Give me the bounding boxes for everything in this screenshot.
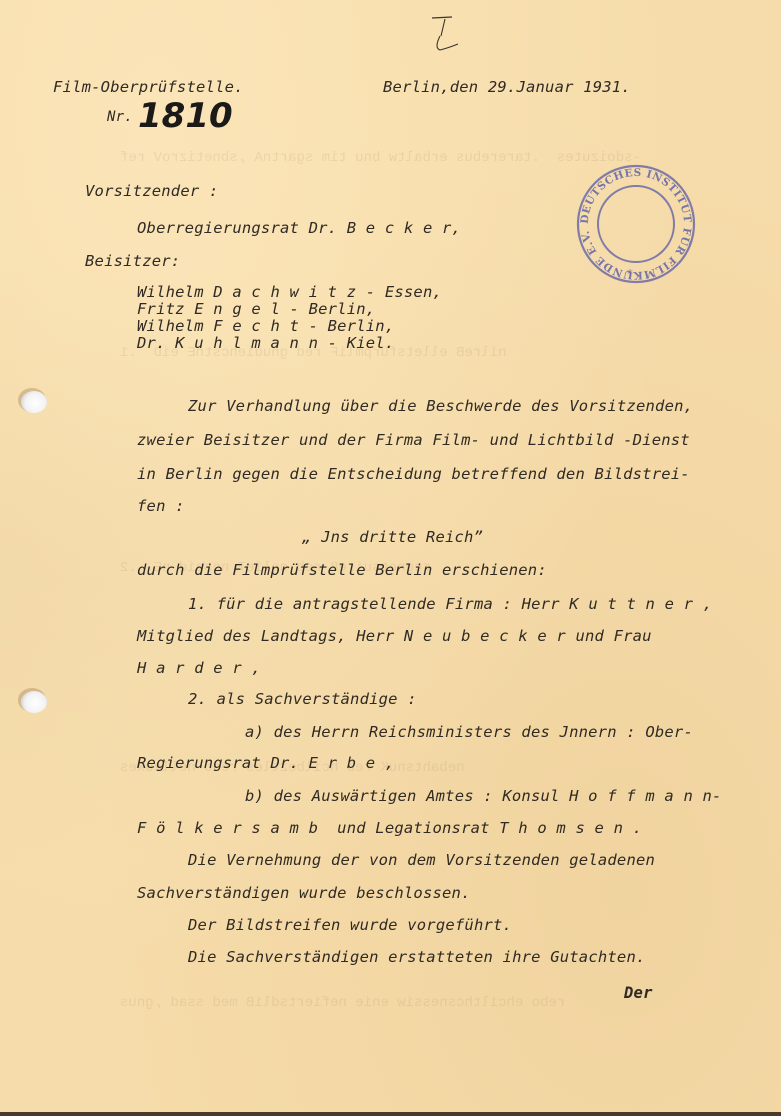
chair-name: Oberregierungsrat Dr. B e c k e r, (137, 219, 461, 237)
svg-text:DEUTSCHES INSTITUT FÜR FILMKUN: DEUTSCHES INSTITUT FÜR FILMKUNDE E.V. (579, 167, 693, 281)
catchword-next-page: Der (624, 984, 653, 1002)
item-2b-line: b) des Auswärtigen Amtes : Konsul H o f … (245, 787, 722, 805)
number-prefix: Nr. (107, 109, 133, 125)
assessor-entry: Wilhelm F e c h t - Berlin, (137, 317, 394, 335)
sender-heading: Film-Oberprüfstelle. (53, 78, 244, 96)
item-1-line: Mitglied des Landtags, Herr N e u b e c … (137, 627, 652, 645)
page-marker-roman-numeral (428, 14, 468, 54)
bleed-through-text: -sdoizutes .tarerebus erbaltw bnu tim sg… (120, 150, 641, 166)
bleed-through-text: rebo ehcilthcsnessiw enie nefiertsdliB m… (120, 995, 565, 1011)
appeared-line: durch die Filmprüfstelle Berlin erschien… (137, 561, 547, 579)
document-page: -sdoizutes .tarerebus erbaltw bnu tim sg… (0, 0, 781, 1116)
punch-hole (21, 691, 47, 713)
item-2a-line: a) des Herrn Reichsministers des Jnnern … (245, 723, 693, 741)
item-2-label: 2. als Sachverständige : (188, 690, 417, 708)
closing-line: Die Sachverständigen erstatteten ihre Gu… (188, 948, 646, 966)
intro-line: Zur Verhandlung über die Beschwerde des … (188, 397, 693, 415)
item-1-line: 1. für die antragstellende Firma : Herr … (188, 595, 712, 613)
film-title: „ Jns dritte Reich” (302, 528, 483, 546)
place-date: Berlin,den 29.Januar 1931. (383, 78, 631, 96)
item-2a-line: Regierungsrat Dr. E r b e , (137, 754, 394, 772)
closing-line: Die Vernehmung der von dem Vorsitzenden … (188, 851, 655, 869)
institute-stamp: DEUTSCHES INSTITUT FÜR FILMKUNDE E.V. * (574, 162, 698, 286)
svg-text:*: * (627, 267, 633, 281)
item-1-line: H a r d e r , (137, 659, 261, 677)
assessor-entry: Dr. K u h l m a n n - Kiel. (137, 334, 394, 352)
item-2b-line: F ö l k e r s a m b und Legationsrat T h… (137, 819, 642, 837)
chair-label: Vorsitzender : (85, 182, 218, 200)
assessors-label: Beisitzer: (85, 252, 180, 270)
handwritten-file-number: 1810 (138, 96, 233, 136)
closing-line: Der Bildstreifen wurde vorgeführt. (188, 916, 512, 934)
page-bottom-edge (0, 1112, 781, 1116)
assessor-entry: Wilhelm D a c h w i t z - Essen, (137, 283, 442, 301)
intro-line: in Berlin gegen die Entscheidung betreff… (137, 465, 690, 483)
assessor-entry: Fritz E n g e l - Berlin, (137, 300, 375, 318)
closing-line: Sachverständigen wurde beschlossen. (137, 884, 471, 902)
intro-line: fen : (137, 497, 185, 515)
intro-line: zweier Beisitzer und der Firma Film- und… (137, 431, 690, 449)
punch-hole (21, 391, 47, 413)
